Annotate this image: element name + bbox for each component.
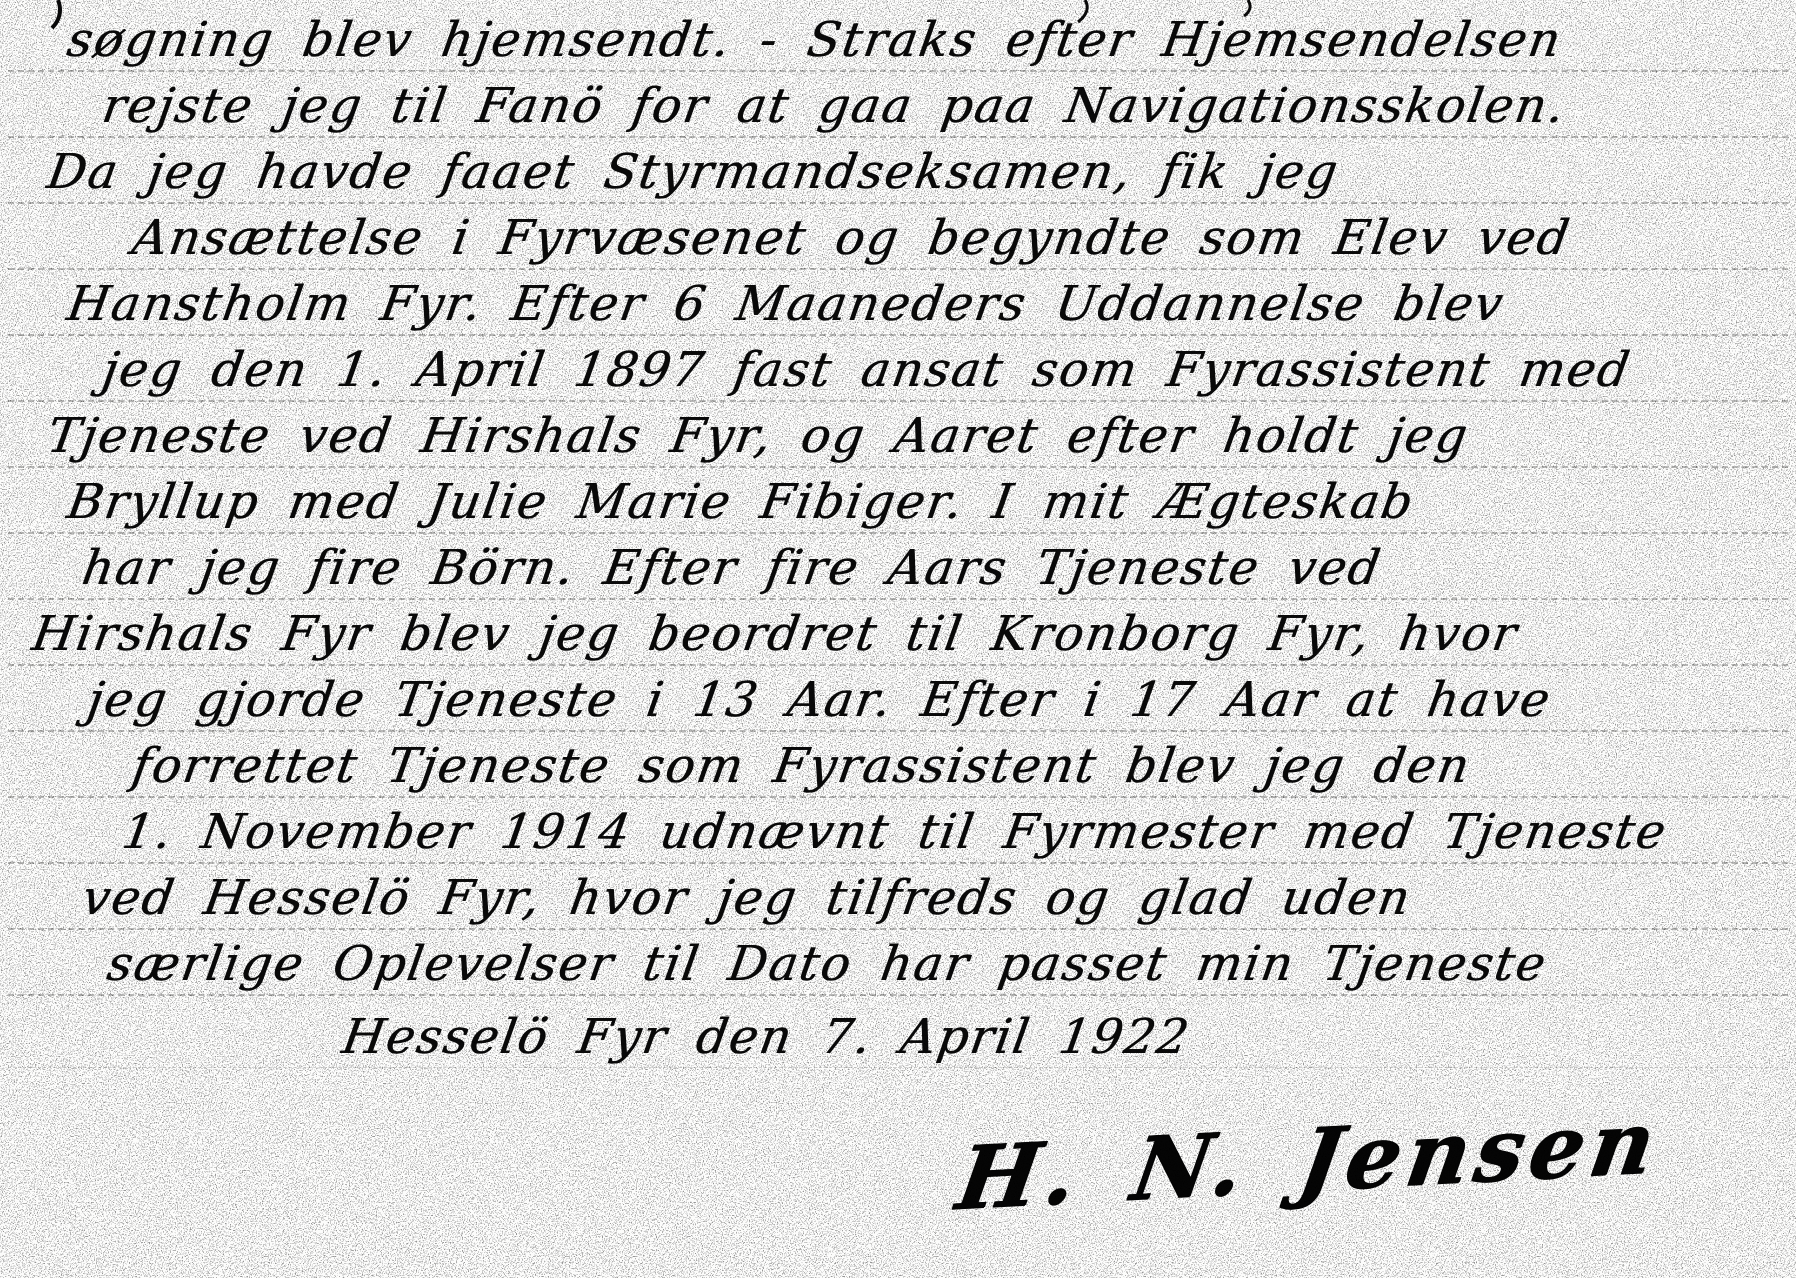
handwritten-text: Tjeneste ved Hirshals Fyr, og Aaret efte… — [43, 406, 1473, 466]
handwritten-line: rejste jeg til Fanö for at gaa paa Navig… — [8, 72, 1788, 138]
handwritten-line: ved Hesselö Fyr, hvor jeg tilfreds og gl… — [8, 864, 1788, 930]
handwritten-text: jeg gjorde Tjeneste i 13 Aar. Efter i 17… — [83, 670, 1556, 730]
handwritten-text: har jeg fire Börn. Efter fire Aars Tjene… — [78, 538, 1386, 598]
handwritten-line: Tjeneste ved Hirshals Fyr, og Aaret efte… — [8, 402, 1788, 468]
handwritten-line: Hanstholm Fyr. Efter 6 Maaneders Uddanne… — [8, 270, 1788, 336]
handwritten-line: jeg den 1. April 1897 fast ansat som Fyr… — [8, 336, 1788, 402]
handwritten-line: særlige Oplevelser til Dato har passet m… — [8, 930, 1788, 996]
handwritten-line: Hirshals Fyr blev jeg beordret til Kronb… — [8, 600, 1788, 666]
handwritten-text-block: søgning blev hjemsendt. - Straks efter H… — [8, 6, 1788, 1253]
handwritten-text: Bryllup med Julie Marie Fibiger. I mit Æ… — [63, 472, 1419, 532]
signature: H. N. Jensen — [950, 1091, 1667, 1230]
handwritten-text: Hanstholm Fyr. Efter 6 Maaneders Uddanne… — [63, 274, 1509, 334]
scanned-document-page: søgning blev hjemsendt. - Straks efter H… — [0, 0, 1796, 1278]
handwritten-line: Da jeg havde faaet Styrmandseksamen, fik… — [8, 138, 1788, 204]
handwritten-text: søgning blev hjemsendt. - Straks efter H… — [63, 10, 1566, 70]
handwritten-line: forrettet Tjeneste som Fyrassistent blev… — [8, 732, 1788, 798]
handwritten-line: Bryllup med Julie Marie Fibiger. I mit Æ… — [8, 468, 1788, 534]
handwritten-text: særlige Oplevelser til Dato har passet m… — [103, 934, 1551, 994]
signature-row: H. N. Jensen — [8, 1068, 1788, 1253]
handwritten-text: rejste jeg til Fanö for at gaa paa Navig… — [98, 76, 1570, 136]
handwritten-line: søgning blev hjemsendt. - Straks efter H… — [8, 6, 1788, 72]
handwritten-text: Ansættelse i Fyrvæsenet og begyndte som … — [128, 208, 1575, 268]
handwritten-text: Da jeg havde faaet Styrmandseksamen, fik… — [43, 142, 1343, 202]
handwritten-text: 1. November 1914 udnævnt til Fyrmester m… — [118, 802, 1671, 862]
handwritten-line: 1. November 1914 udnævnt til Fyrmester m… — [8, 798, 1788, 864]
handwritten-line: har jeg fire Börn. Efter fire Aars Tjene… — [8, 534, 1788, 600]
handwritten-line: Ansættelse i Fyrvæsenet og begyndte som … — [8, 204, 1788, 270]
handwritten-text: Hirshals Fyr blev jeg beordret til Kronb… — [28, 604, 1522, 664]
handwritten-line: jeg gjorde Tjeneste i 13 Aar. Efter i 17… — [8, 666, 1788, 732]
handwritten-text: jeg den 1. April 1897 fast ansat som Fyr… — [98, 340, 1635, 400]
dateline-text: Hesselö Fyr den 7. April 1922 — [338, 1007, 1194, 1067]
handwritten-text: forrettet Tjeneste som Fyrassistent blev… — [128, 736, 1475, 796]
dateline: Hesselö Fyr den 7. April 1922 — [8, 996, 1788, 1068]
handwritten-text: ved Hesselö Fyr, hvor jeg tilfreds og gl… — [78, 868, 1416, 928]
